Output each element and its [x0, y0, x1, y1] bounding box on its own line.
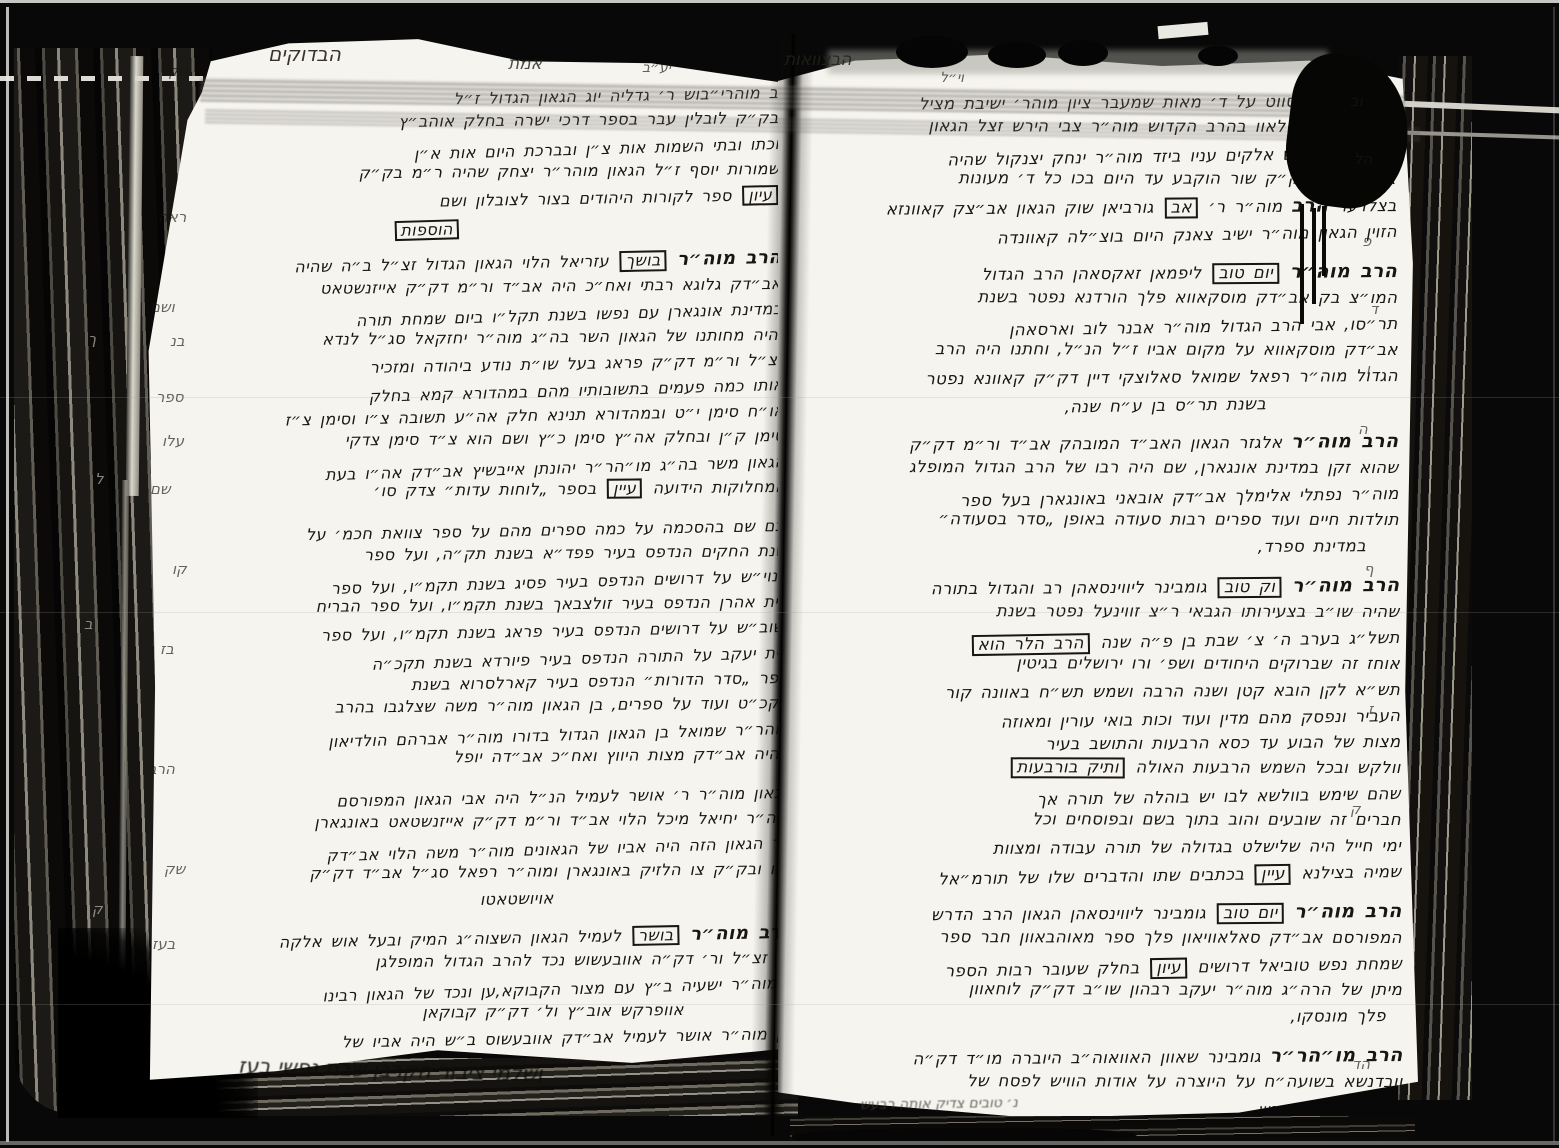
- header-word: אמת: [508, 54, 542, 74]
- margin-glyph: ק: [1350, 800, 1361, 818]
- manuscript-line: המחלוקות הידועה עיין בספר „לוחות עדות״ צ…: [200, 474, 786, 506]
- manuscript-photo: ב מוהרי״בוש ר׳ גדליה יוג הגאון הגדול ז״ל…: [0, 0, 1559, 1148]
- photo-frame-bottom: [0, 1141, 1559, 1145]
- manuscript-line: בשנת תר״ס בן ע״ח שנה,: [790, 389, 1398, 425]
- debris-lump: [1058, 40, 1108, 66]
- margin-glyph: פ: [1362, 232, 1371, 250]
- debris-lump: [988, 42, 1046, 68]
- manuscript-line: הגדול מוה״ר רפאל שמואל סאלוצקי דיין דק״ק…: [790, 363, 1398, 393]
- margin-glyph: ב: [84, 615, 93, 633]
- margin-glyph: הד: [1352, 1055, 1370, 1073]
- scratch-line: [0, 612, 1559, 613]
- margin-glyph: ושם: [150, 298, 175, 316]
- margin-glyph: ל: [95, 470, 104, 488]
- boxed-word: אב: [1164, 197, 1198, 218]
- manuscript-line: שמיה בצילנא עיין בכתבים שתו והדברים שלו …: [793, 859, 1401, 895]
- header-word: הבדוקים: [268, 42, 341, 66]
- boxed-word: יום טוב: [1217, 903, 1284, 924]
- left-page-text: ב מוהרי״בוש ר׳ גדליה יוג הגאון הגדול ז״ל…: [192, 80, 797, 1093]
- margin-glyph: הרב: [148, 760, 175, 778]
- top-white-mark: [1158, 22, 1209, 39]
- manuscript-line: סימן ק״ן ובחלק אה״ץ סימן כ״ץ ושם הוא צ״ד…: [199, 423, 785, 455]
- boxed-word: בושר: [632, 925, 680, 946]
- margin-glyph: ז: [1368, 700, 1373, 718]
- paragraph-lead: הרב מוה״ר: [1294, 900, 1402, 923]
- header-word: וי״ל: [940, 70, 964, 86]
- manuscript-line: המו״צ בק אב״דק מוסקאווא פלך הורדנא נפטר …: [789, 284, 1397, 311]
- manuscript-paragraph: הרב מוה״ר יום טוב גומבינר ליווינסאהן הגא…: [794, 898, 1403, 1033]
- margin-glyph: שם: [150, 480, 171, 498]
- paragraph-lead: הרב מוה״ר: [1292, 574, 1400, 597]
- left-page: ב מוהרי״בוש ר׳ גדליה יוג הגאון הגדול ז״ל…: [146, 36, 794, 1086]
- manuscript-paragraph: הרב מוה״ר בושך עזריאל הלוי הגאון הגדול ז…: [195, 245, 786, 510]
- boxed-word: יום טוב: [1212, 263, 1279, 284]
- manuscript-paragraph: הרב מוה״ר אלגזר הגאון האב״ד המובהק אב״ד …: [790, 428, 1399, 563]
- boxed-word: עיין: [607, 479, 642, 500]
- margin-glyph: ראה: [158, 208, 186, 226]
- margin-glyph: בעז: [152, 935, 175, 953]
- right-page-text: דברי יוסף״ג סווט על ד׳ מאות שמעבר ציון מ…: [788, 88, 1403, 1118]
- ink-drip: [1300, 204, 1304, 324]
- margin-glyph: עלו: [162, 432, 184, 450]
- margin-glyph: ד: [1370, 300, 1378, 318]
- manuscript-paragraph: הרב מוה״ר יום טוב ליפמאן זאקסאהן הרב הגד…: [789, 258, 1398, 419]
- manuscript-line: ימי חייל היה שלישלט בגדולה של תורה עבודה…: [793, 833, 1401, 863]
- margin-glyph: ק: [92, 900, 103, 918]
- photo-frame-top: [0, 0, 1559, 3]
- margin-glyph: ה: [1358, 420, 1368, 438]
- manuscript-paragraph: הרב מוה״ר בושר לעמיל הגאון השצוה״ג המיק …: [208, 919, 796, 1057]
- margin-glyph: ו: [1366, 360, 1370, 378]
- manuscript-line: וובדנשא בשועה״ח על היוצרה על אודות הוויש…: [795, 1068, 1403, 1095]
- header-word: הבצוואות: [784, 50, 851, 70]
- manuscript-line: הזוין הגאון מוה״ר ישיב צאנק היום בוצ״לה …: [789, 219, 1397, 255]
- paragraph-lead: הרב מוה״ר: [1290, 260, 1398, 283]
- manuscript-paragraph: הגאון מוה״ר ר׳ אושר לעמיל הנ״ל היה אבי ה…: [206, 779, 794, 917]
- manuscript-line: און מוה״ר אושר לעמיל אב״דק אוובעשוס ב״ש …: [210, 1021, 796, 1058]
- header-word: יע״ב: [642, 60, 671, 76]
- ink-drip: [1322, 206, 1326, 276]
- manuscript-paragraph: וגם שם בהסכמה על כמה ספרים מהם על ספר צו…: [200, 512, 791, 777]
- margin-glyph: הל: [1354, 150, 1372, 168]
- margin-glyph: בז: [160, 640, 174, 658]
- manuscript-line: מיתן של הרה״ג מוה״ר יעקב רבהון שו״ב דק״ק…: [794, 976, 1402, 1003]
- manuscript-paragraph: הרב מוה״ר וק טוב גומבינר ליווינסאהן רב ו…: [791, 572, 1401, 889]
- manuscript-line: שהיה אב״דק מצות היווץ ואח״כ אב״דה יופל: [205, 741, 791, 773]
- manuscript-line: אב״דק מוסקאווא על מקום אביו ז״ל הנ״ל, וח…: [790, 336, 1398, 363]
- manuscript-line: תולדות חיים ועוד ספרים רבות סעודה באופן …: [791, 506, 1399, 533]
- boxed-word: ותיק בורבעות: [1011, 757, 1125, 778]
- margin-glyph: בנ: [170, 332, 185, 350]
- debris-lump: [1198, 46, 1238, 66]
- boxed-word: עיין: [1255, 864, 1291, 885]
- bleed-text-right-bottom: נ׳ טובים צדיק אותה רבעש: [860, 1095, 1018, 1113]
- photo-frame-left: [6, 7, 9, 1142]
- manuscript-line: אוחז זה שברוקים היחודים ושפ׳ ורו ירושלים…: [792, 650, 1400, 677]
- margin-glyph: ך: [88, 330, 96, 348]
- scratch-line: [0, 1004, 1559, 1005]
- boxed-word: הוספות: [394, 219, 459, 241]
- margin-glyph: שק: [164, 860, 185, 878]
- manuscript-line: שהוא זקן במדינת אונגארן, שם היה רבו של ה…: [791, 454, 1399, 481]
- margin-glyph: וב: [1350, 92, 1363, 110]
- margin-glyph: חק: [168, 62, 188, 80]
- margin-glyph: ף: [1364, 560, 1374, 578]
- manuscript-line: תקכ״ט ועוד על ספרים, בן הגאון מוה״ר משה …: [204, 690, 790, 722]
- manuscript-line: פלך מונסקו,: [794, 1003, 1402, 1033]
- paragraph-lead: הרב מוה״ר: [1291, 430, 1399, 453]
- scratch-line: [0, 397, 1559, 398]
- manuscript-line: תש״א לקן הובא קטן ושנה הרבה ושמש תש״ח בא…: [792, 677, 1400, 707]
- boxed-word: בושך: [619, 251, 667, 272]
- manuscript-line: אויושטאטו: [207, 881, 793, 918]
- ink-drip: [1312, 208, 1316, 304]
- manuscript-line: במדינת ספרד,: [791, 533, 1399, 563]
- manuscript-line: וולקש ובכל השמש הרבעות האולה ותיק בורבעו…: [793, 754, 1401, 781]
- debris-lump: [896, 36, 968, 68]
- margin-glyph: קו: [172, 560, 187, 578]
- manuscript-line: המפורסם אב״דק סאלאוויאון פלך ספר מאוהבאו…: [794, 924, 1402, 951]
- boxed-word: וק טוב: [1218, 577, 1282, 598]
- manuscript-line: חברים זה שובעים והוב בתוך בשם ובפוסחים ו…: [793, 806, 1401, 833]
- photo-frame-right: [1553, 7, 1555, 1142]
- paragraph-lead: הרב מו״הר״ר: [1270, 1044, 1403, 1067]
